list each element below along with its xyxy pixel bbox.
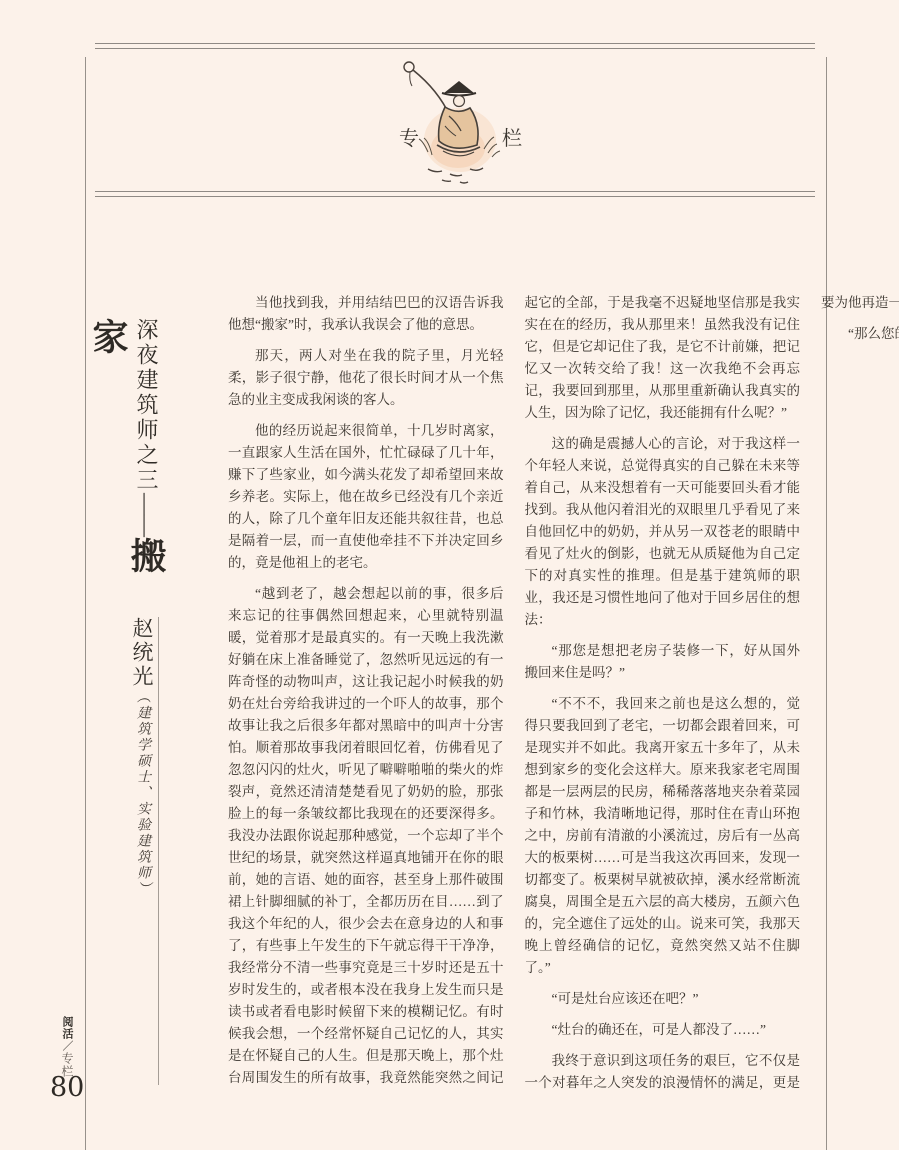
page-number: 80 (50, 1072, 84, 1103)
footer-section-name: 阅活 (61, 1016, 73, 1040)
article-series-title: 深夜建筑师之三 (134, 318, 159, 493)
header-bottom-double-rule (95, 191, 815, 197)
top-double-rule (95, 43, 815, 49)
column-label-right: 栏 (502, 122, 522, 151)
title-dash: —— (134, 493, 159, 537)
body-paragraph: 当他找到我，并用结结巴巴的汉语告诉我他想“搬家”时，我承认我误会了他的意思。 (228, 292, 504, 336)
magazine-page: 专 栏 深夜建筑师之三——搬家 赵统光（建筑学硕士、实验建筑师） 当他找到我，并… (0, 0, 899, 1150)
author-block: 赵统光（建筑学硕士、实验建筑师） (128, 617, 159, 1085)
body-paragraph: “那么您的意思是怎么样呢？” (821, 323, 899, 345)
right-margin-rule (826, 57, 827, 1150)
body-paragraph: “那您是想把老房子装修一下，好从国外搬回来住是吗？” (525, 640, 801, 684)
footer-slash: ／ (61, 1040, 73, 1052)
body-paragraph: 那天，两人对坐在我的院子里，月光轻柔，影子很宁静，他花了很长时间才从一个焦急的业… (228, 345, 504, 411)
column-label-left: 专 (399, 122, 419, 151)
body-paragraph: “不不不，我回来之前也是这么想的，觉得只要我回到了老宅，一切都会跟着回来，可是现… (525, 693, 801, 979)
body-paragraph: “灶台的确还在，可是人都没了……” (525, 1019, 801, 1041)
left-margin-rule (85, 57, 86, 1150)
body-paragraph: 这的确是震撼人心的言论，对于我这样一个年轻人来说，总觉得真实的自己躲在未来等着自… (525, 433, 801, 631)
author-name: 赵统光 (130, 617, 154, 689)
article-title: 深夜建筑师之三——搬家 (127, 318, 165, 578)
body-paragraph: “可是灶台应该还在吧？” (525, 988, 801, 1010)
footer-section-label: 阅活／专栏 (59, 1016, 75, 1078)
body-paragraph: 他的经历说起来很简单，十几岁时离家，一直跟家人生活在国外，忙忙碌碌了几十年，赚下… (228, 420, 504, 574)
author-credentials: （建筑学硕士、实验建筑师） (135, 689, 150, 897)
article-body: 当他找到我，并用结结巴巴的汉语告诉我他想“搬家”时，我承认我误会了他的意思。 那… (228, 292, 800, 1106)
